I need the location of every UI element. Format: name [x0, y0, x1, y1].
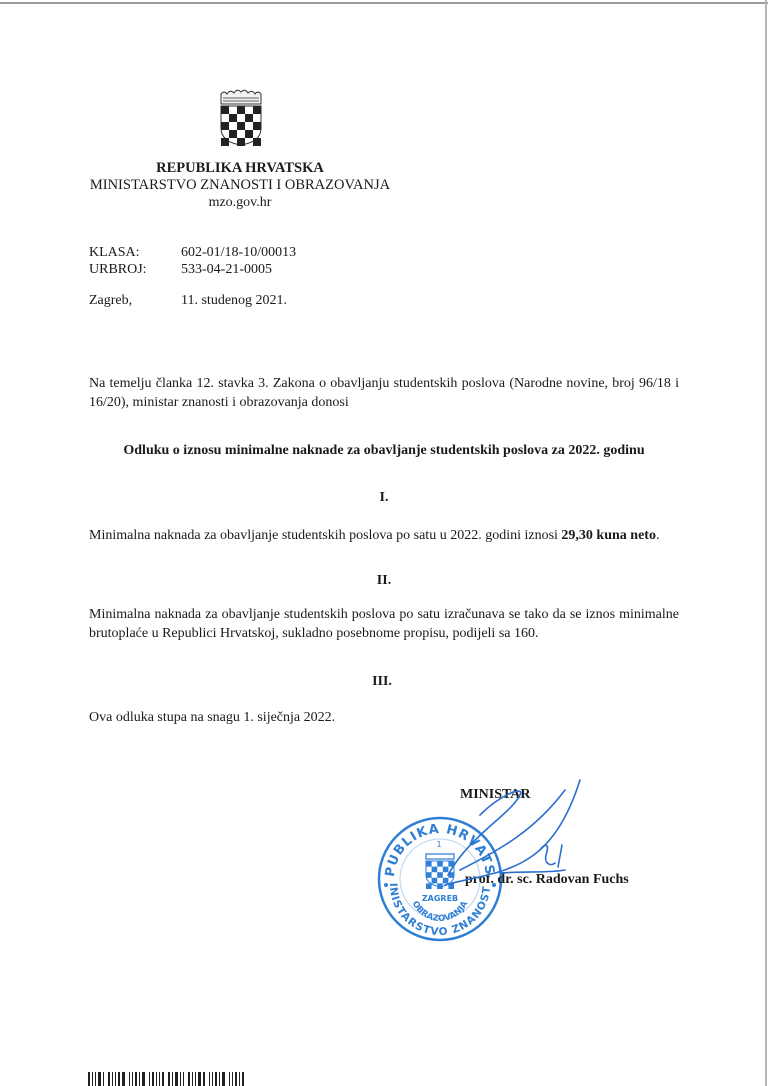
section-1-paragraph: Minimalna naknada za obavljanje students…: [89, 527, 659, 546]
barcode-bar: [222, 1072, 225, 1086]
minimum-wage-amount: 29,30 kuna neto: [561, 528, 656, 543]
preamble-paragraph: Na temelju članka 12. stavka 3. Zakona o…: [89, 375, 679, 412]
section-2-paragraph: Minimalna naknada za obavljanje students…: [89, 606, 679, 643]
scan-right-edge: [765, 0, 767, 1086]
scan-top-edge: [0, 2, 768, 4]
barcode-bar: [215, 1072, 217, 1086]
barcode-bar: [172, 1072, 173, 1086]
barcode-bar: [103, 1072, 104, 1086]
barcode-bar: [232, 1072, 233, 1086]
barcode-bar: [180, 1072, 181, 1086]
section-2-numeral: II.: [0, 573, 768, 589]
barcode-bar: [132, 1072, 133, 1086]
barcode-bar: [92, 1072, 93, 1086]
barcode-bar: [203, 1072, 205, 1086]
barcode-bar: [159, 1072, 160, 1086]
barcode-bar: [108, 1072, 110, 1086]
barcode-bar: [209, 1072, 210, 1086]
barcode-bar: [183, 1072, 184, 1086]
barcode-bar: [98, 1072, 101, 1086]
barcode-bar: [219, 1072, 220, 1086]
barcode-bar: [149, 1072, 150, 1086]
barcode-bar: [198, 1072, 201, 1086]
barcode-bar: [142, 1072, 145, 1086]
place-label: Zagreb,: [89, 293, 132, 309]
barcode-bar: [115, 1072, 116, 1086]
barcode-bar: [88, 1072, 90, 1086]
klasa-label: KLASA:: [89, 245, 140, 261]
barcode-bar: [188, 1072, 190, 1086]
handwritten-signature-icon: [440, 775, 600, 905]
barcode-bar: [229, 1072, 230, 1086]
croatian-coat-of-arms-icon: [218, 88, 264, 146]
klasa-value: 602-01/18-10/00013: [181, 245, 296, 261]
section-1-end: .: [656, 528, 660, 543]
document-date: 11. studenog 2021.: [181, 293, 287, 309]
urbroj-label: URBROJ:: [89, 262, 147, 278]
barcode-bar: [135, 1072, 137, 1086]
barcode-bar: [152, 1072, 154, 1086]
section-1-numeral: I.: [0, 490, 768, 506]
decision-title: Odluku o iznosu minimalne naknade za oba…: [0, 442, 768, 461]
barcode-bar: [112, 1072, 113, 1086]
barcode-bar: [175, 1072, 178, 1086]
barcode-bar: [139, 1072, 140, 1086]
section-1-text: Minimalna naknada za obavljanje students…: [89, 528, 561, 543]
ministry-name: MINISTARSTVO ZNANOSTI I OBRAZOVANJA: [0, 177, 480, 194]
barcode-bar: [168, 1072, 170, 1086]
barcode-bar: [156, 1072, 157, 1086]
section-3-paragraph: Ova odluka stupa na snagu 1. siječnja 20…: [89, 709, 335, 728]
ministry-website: mzo.gov.hr: [0, 195, 480, 211]
barcode-bar: [122, 1072, 125, 1086]
country-heading: REPUBLIKA HRVATSKA: [0, 160, 480, 177]
barcode-bar: [239, 1072, 240, 1086]
barcode-bar: [192, 1072, 193, 1086]
barcode-bar: [212, 1072, 213, 1086]
barcode-bar: [162, 1072, 164, 1086]
barcode-bar: [95, 1072, 96, 1086]
barcode-bar: [129, 1072, 130, 1086]
barcode-bar: [118, 1072, 120, 1086]
barcode-bar: [235, 1072, 237, 1086]
barcode-bar: [242, 1072, 244, 1086]
section-3-numeral: III.: [0, 674, 766, 690]
urbroj-value: 533-04-21-0005: [181, 262, 272, 278]
barcode-icon: [88, 1072, 247, 1086]
barcode-bar: [195, 1072, 196, 1086]
